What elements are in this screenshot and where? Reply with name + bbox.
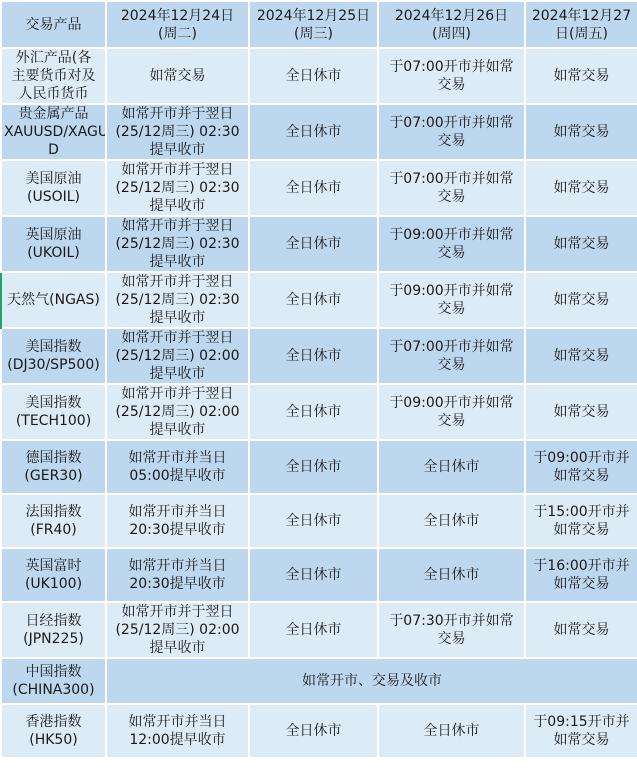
- dec-25-cell: 全日休市: [249, 384, 378, 440]
- dec-25-cell: 全日休市: [249, 272, 378, 328]
- header-dec-25: 2024年12月25日 (周三): [249, 1, 378, 48]
- dec-27-cell: 如常交易: [525, 48, 637, 104]
- product-cell: 外汇产品(各 主要货币对及 人民币货币: [1, 48, 106, 104]
- product-cell: 日经指数 (JPN225): [1, 602, 106, 658]
- header-dec-26: 2024年12月26日 (周四): [378, 1, 525, 48]
- dec-26-cell: 于07:00开市并如常 交易: [378, 104, 525, 160]
- dec-25-cell: 全日休市: [249, 548, 378, 602]
- dec-26-cell: 于07:00开市并如常 交易: [378, 160, 525, 216]
- dec-27-cell: 如常交易: [525, 384, 637, 440]
- dec-26-cell: 于07:30开市并如常 交易: [378, 602, 525, 658]
- table-row: 英国原油 (UKOIL) 如常开市并于翌日 (25/12周三) 02:30 提早…: [1, 216, 637, 272]
- dec-25-cell: 全日休市: [249, 440, 378, 494]
- product-cell: 美国指数 (DJ30/SP500): [1, 328, 106, 384]
- dec-25-cell: 全日休市: [249, 494, 378, 548]
- product-cell: 贵金属产品 XAUUSD/XAGUS D: [1, 104, 106, 160]
- header-row: 交易产品 2024年12月24日 (周二) 2024年12月25日 (周三) 2…: [1, 1, 637, 48]
- dec-24-cell: 如常开市并于翌日 (25/12周三) 02:30 提早收市: [106, 104, 249, 160]
- table-row: 英国富时 (UK100) 如常开市并当日 20:30提早收市 全日休市 全日休市…: [1, 548, 637, 602]
- dec-24-cell: 如常开市并当日 12:00提早收市: [106, 704, 249, 758]
- dec-26-cell: 于09:00开市并如常 交易: [378, 384, 525, 440]
- dec-25-cell: 全日休市: [249, 704, 378, 758]
- dec-26-cell: 于07:00开市并如常 交易: [378, 48, 525, 104]
- dec-24-cell: 如常开市并于翌日 (25/12周三) 02:00 提早收市: [106, 602, 249, 658]
- dec-24-cell: 如常开市并于翌日 (25/12周三) 02:00 提早收市: [106, 328, 249, 384]
- holiday-trading-schedule-table: 交易产品 2024年12月24日 (周二) 2024年12月25日 (周三) 2…: [0, 0, 637, 759]
- dec-26-cell: 于09:00开市并如常 交易: [378, 272, 525, 328]
- product-cell: 天然气(NGAS): [1, 272, 106, 328]
- dec-27-cell: 如常交易: [525, 602, 637, 658]
- product-cell: 美国原油 (USOIL): [1, 160, 106, 216]
- table-row: 美国指数 (DJ30/SP500) 如常开市并于翌日 (25/12周三) 02:…: [1, 328, 637, 384]
- merged-status-cell: 如常开市、交易及收市: [106, 658, 637, 704]
- dec-24-cell: 如常开市并于翌日 (25/12周三) 02:30 提早收市: [106, 160, 249, 216]
- dec-26-cell: 全日休市: [378, 494, 525, 548]
- dec-27-cell: 如常交易: [525, 328, 637, 384]
- dec-24-cell: 如常开市并于翌日 (25/12周三) 02:00 提早收市: [106, 384, 249, 440]
- dec-25-cell: 全日休市: [249, 48, 378, 104]
- dec-27-cell: 如常交易: [525, 216, 637, 272]
- dec-25-cell: 全日休市: [249, 216, 378, 272]
- header-dec-24: 2024年12月24日 (周二): [106, 1, 249, 48]
- table-row: 日经指数 (JPN225) 如常开市并于翌日 (25/12周三) 02:00 提…: [1, 602, 637, 658]
- table-row: 贵金属产品 XAUUSD/XAGUS D 如常开市并于翌日 (25/12周三) …: [1, 104, 637, 160]
- table-row: 法国指数 (FR40) 如常开市并当日 20:30提早收市 全日休市 全日休市 …: [1, 494, 637, 548]
- dec-27-cell: 于09:15开市并 如常交易: [525, 704, 637, 758]
- dec-27-cell: 于16:00开市并 如常交易: [525, 548, 637, 602]
- dec-25-cell: 全日休市: [249, 104, 378, 160]
- dec-27-cell: 于15:00开市并 如常交易: [525, 494, 637, 548]
- table-row: 中国指数 (CHINA300) 如常开市、交易及收市: [1, 658, 637, 704]
- dec-26-cell: 全日休市: [378, 548, 525, 602]
- dec-26-cell: 于07:00开市并如常 交易: [378, 328, 525, 384]
- dec-27-cell: 如常交易: [525, 104, 637, 160]
- product-cell: 德国指数 (GER30): [1, 440, 106, 494]
- header-product: 交易产品: [1, 1, 106, 48]
- dec-26-cell: 全日休市: [378, 440, 525, 494]
- product-cell: 英国富时 (UK100): [1, 548, 106, 602]
- table-row: 美国指数 (TECH100) 如常开市并于翌日 (25/12周三) 02:00 …: [1, 384, 637, 440]
- table-row: 天然气(NGAS) 如常开市并于翌日 (25/12周三) 02:30 提早收市 …: [1, 272, 637, 328]
- cell-selection-edge: [0, 273, 2, 329]
- dec-24-cell: 如常开市并当日 20:30提早收市: [106, 548, 249, 602]
- product-cell: 中国指数 (CHINA300): [1, 658, 106, 704]
- table-row: 美国原油 (USOIL) 如常开市并于翌日 (25/12周三) 02:30 提早…: [1, 160, 637, 216]
- dec-24-cell: 如常开市并当日 05:00提早收市: [106, 440, 249, 494]
- product-cell: 美国指数 (TECH100): [1, 384, 106, 440]
- dec-26-cell: 于09:00开市并如常 交易: [378, 216, 525, 272]
- product-cell: 英国原油 (UKOIL): [1, 216, 106, 272]
- dec-27-cell: 如常交易: [525, 160, 637, 216]
- dec-25-cell: 全日休市: [249, 328, 378, 384]
- dec-24-cell: 如常交易: [106, 48, 249, 104]
- dec-25-cell: 全日休市: [249, 602, 378, 658]
- dec-27-cell: 于09:00开市并 如常交易: [525, 440, 637, 494]
- table-row: 外汇产品(各 主要货币对及 人民币货币 如常交易 全日休市 于07:00开市并如…: [1, 48, 637, 104]
- dec-24-cell: 如常开市并于翌日 (25/12周三) 02:30 提早收市: [106, 272, 249, 328]
- dec-26-cell: 全日休市: [378, 704, 525, 758]
- product-cell: 香港指数 (HK50): [1, 704, 106, 758]
- dec-24-cell: 如常开市并当日 20:30提早收市: [106, 494, 249, 548]
- table-row: 德国指数 (GER30) 如常开市并当日 05:00提早收市 全日休市 全日休市…: [1, 440, 637, 494]
- table-row: 香港指数 (HK50) 如常开市并当日 12:00提早收市 全日休市 全日休市 …: [1, 704, 637, 758]
- product-cell: 法国指数 (FR40): [1, 494, 106, 548]
- header-dec-27: 2024年12月27 日(周五): [525, 1, 637, 48]
- dec-24-cell: 如常开市并于翌日 (25/12周三) 02:30 提早收市: [106, 216, 249, 272]
- dec-25-cell: 全日休市: [249, 160, 378, 216]
- dec-27-cell: 如常交易: [525, 272, 637, 328]
